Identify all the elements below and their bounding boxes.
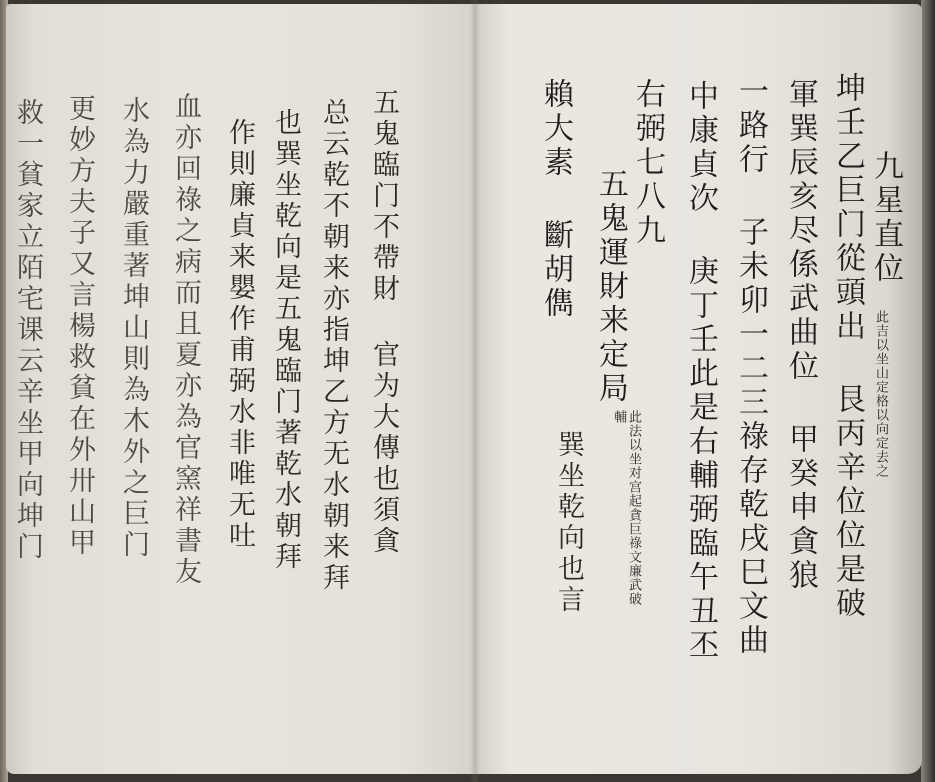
left-col-2: 总云乾不朝来亦指坤乙方无水朝来拜 [320, 98, 347, 594]
left-col-8: 救一貧家立陌宅课云辛坐甲向坤门 [14, 98, 41, 563]
book-gutter [470, 0, 480, 782]
book-right-edge [921, 0, 935, 782]
right-col-7-note: 此法以坐对宫起貪巨祿文廉武破輔 [606, 410, 640, 610]
right-col-2: 坤壬乙巨门從頭出 艮丙辛位位是破 [832, 72, 862, 621]
right-col-6: 右弼七八九 [632, 78, 662, 248]
left-col-5: 血亦回祿之病而且夏亦為官窯祥書友 [172, 92, 199, 588]
left-col-6: 水為力嚴重著坤山則為木外之巨门 [120, 96, 147, 561]
left-col-1: 五鬼臨门不帶財 官为大傳也須貪 [370, 88, 397, 557]
right-col-5: 中康貞次 庚丁壬此是右輔弼臨午丑丕 [685, 80, 715, 663]
left-col-3: 也巽坐乾向是五鬼臨门著乾水朝拜 [272, 108, 299, 573]
right-col-7-heading: 五鬼運財来定局 [595, 168, 625, 406]
left-col-7: 更妙方夫子又言楊救貧在外卅山甲 [66, 94, 93, 559]
open-book: 九星直位 此吉以坐山定格以向定去之 坤壬乙巨门從頭出 艮丙辛位位是破 軍巽辰亥尽… [0, 0, 935, 782]
right-col-3: 軍巽辰亥尽係武曲位 甲癸申貪狼 [785, 78, 815, 593]
right-col-4: 一路行 子未卯一二三祿存乾戌巳文曲 [735, 75, 765, 658]
right-col-1-title: 九星直位 [870, 150, 900, 286]
left-col-4: 作則廉貞来嬰作甫弼水非唯无吐 [226, 118, 253, 552]
right-col-1-note: 此吉以坐山定格以向定去之 [872, 310, 887, 478]
right-col-9: 巽坐乾向也言 [555, 430, 582, 616]
right-col-8: 賴大素 斷胡儁 [540, 78, 570, 321]
